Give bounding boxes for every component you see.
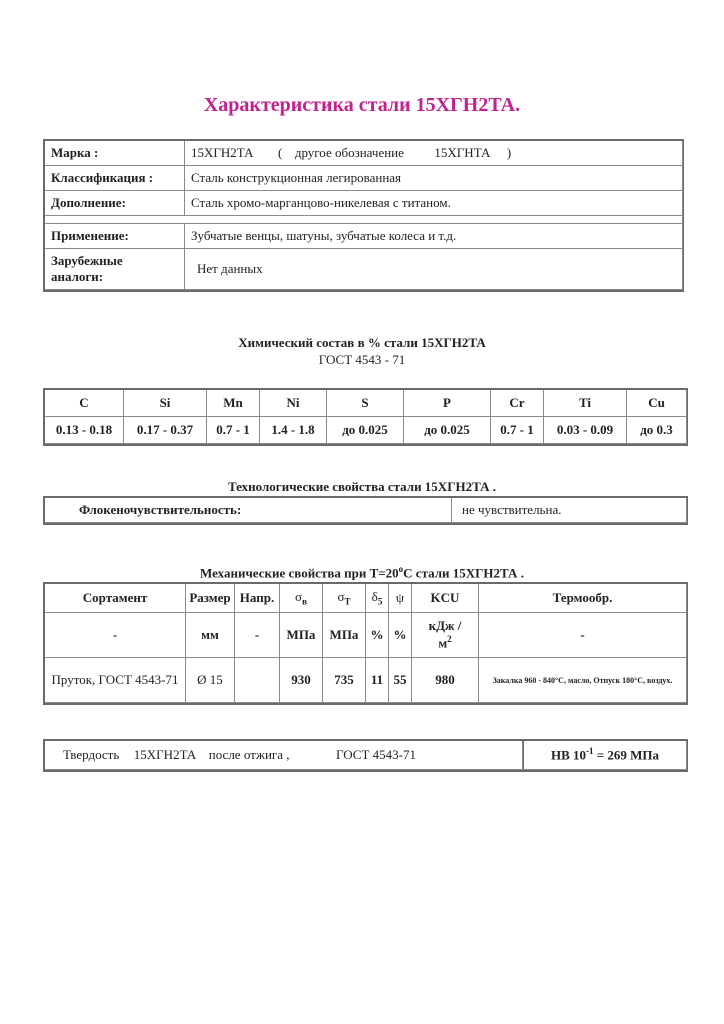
- info-row-grade: Марка : 15ХГН2ТА ( другое обозначение 15…: [45, 141, 683, 166]
- info-value-addition: Сталь хромо-марганцово-никелевая с титан…: [185, 191, 683, 216]
- mech-unit-delta5: %: [366, 613, 389, 658]
- mech-unit-heat-treatment: -: [479, 613, 687, 658]
- mech-unit-psi: %: [389, 613, 412, 658]
- mech-unit-kcu: кДж /м2: [412, 613, 479, 658]
- grade-note-open: (: [278, 145, 282, 160]
- mech-row-sigma-t: 735: [323, 658, 366, 703]
- mech-header-heat-treatment: Термообр.: [479, 584, 687, 613]
- technological-table: Флокеночувствительность: не чувствительн…: [43, 496, 688, 525]
- info-value-application: Зубчатые венцы, шатуны, зубчатые колеса …: [185, 224, 683, 249]
- mech-unit-sigma-b: МПа: [280, 613, 323, 658]
- chem-header-cu: Cu: [627, 390, 687, 417]
- chem-value-ti: 0.03 - 0.09: [544, 417, 627, 444]
- psi-symbol: ψ: [396, 590, 404, 605]
- info-label-application: Применение:: [45, 224, 185, 249]
- mechanical-data-row: Пруток, ГОСТ 4543-71 Ø 15 930 735 11 55 …: [45, 658, 687, 703]
- info-row-classification: Классификация : Сталь конструкционная ле…: [45, 166, 683, 191]
- kcu-unit-sup: 2: [447, 634, 452, 644]
- mechanical-table: Сортамент Размер Напр. σв σT δ5 ψ KCU Те…: [43, 582, 688, 705]
- mechanical-title: Механические свойства при Т=20oС стали 1…: [0, 564, 724, 581]
- mech-header-sortament: Сортамент: [45, 584, 186, 613]
- mechanical-header-row: Сортамент Размер Напр. σв σT δ5 ψ KCU Те…: [45, 584, 687, 613]
- mechanical-title-suffix: С стали 15ХГН2ТА .: [403, 565, 524, 580]
- technological-row: Флокеночувствительность: не чувствительн…: [45, 498, 687, 523]
- mech-row-sortament: Пруток, ГОСТ 4543-71: [45, 658, 186, 703]
- chem-header-ni: Ni: [260, 390, 327, 417]
- mech-header-sigma-b: σв: [280, 584, 323, 613]
- chem-header-si: Si: [124, 390, 207, 417]
- hardness-table: Твердость 15ХГН2ТА после отжига , ГОСТ 4…: [43, 739, 688, 772]
- chem-header-c: C: [45, 390, 124, 417]
- chem-value-cu: до 0.3: [627, 417, 687, 444]
- mech-unit-sortament: -: [45, 613, 186, 658]
- info-label-analogs: Зарубежные аналоги:: [45, 249, 185, 290]
- flake-sensitivity-label: Флокеночувствительность:: [45, 498, 452, 523]
- mech-header-psi: ψ: [389, 584, 412, 613]
- sigma-b-sub: в: [302, 597, 307, 607]
- mech-row-direction: [235, 658, 280, 703]
- mechanical-units-row: - мм - МПа МПа % % кДж /м2 -: [45, 613, 687, 658]
- grade-main: 15ХГН2ТА: [191, 145, 253, 160]
- mech-row-kcu: 980: [412, 658, 479, 703]
- kcu-unit-line2: м: [438, 636, 447, 651]
- flake-sensitivity-value: не чувствительна.: [452, 498, 687, 523]
- info-label-classification: Классификация :: [45, 166, 185, 191]
- info-row-addition: Дополнение: Сталь хромо-марганцово-никел…: [45, 191, 683, 216]
- page-title: Характеристика стали 15ХГН2ТА.: [0, 94, 724, 117]
- chem-header-ti: Ti: [544, 390, 627, 417]
- info-table: Марка : 15ХГН2ТА ( другое обозначение 15…: [43, 139, 684, 292]
- hardness-grade: 15ХГН2ТА: [134, 747, 196, 762]
- info-value-grade: 15ХГН2ТА ( другое обозначение 15ХГНТА ): [185, 141, 683, 166]
- grade-note-close: ): [507, 145, 511, 160]
- chem-header-mn: Mn: [207, 390, 260, 417]
- info-row-application: Применение: Зубчатые венцы, шатуны, зубч…: [45, 224, 683, 249]
- mech-row-delta5: 11: [366, 658, 389, 703]
- hardness-standard: ГОСТ 4543-71: [336, 747, 416, 762]
- mech-header-sigma-t: σT: [323, 584, 366, 613]
- chem-value-ni: 1.4 - 1.8: [260, 417, 327, 444]
- mech-row-sigma-b: 930: [280, 658, 323, 703]
- chem-header-p: P: [404, 390, 491, 417]
- technological-title: Технологические свойства стали 15ХГН2ТА …: [0, 479, 724, 495]
- info-label-grade: Марка :: [45, 141, 185, 166]
- info-spacer-row: [45, 216, 683, 224]
- sigma-t-sub: T: [345, 597, 351, 607]
- chem-value-s: до 0.025: [327, 417, 404, 444]
- chem-value-cr: 0.7 - 1: [491, 417, 544, 444]
- chem-value-p: до 0.025: [404, 417, 491, 444]
- sigma-symbol: σ: [337, 589, 344, 604]
- mech-header-delta5: δ5: [366, 584, 389, 613]
- mech-header-direction: Напр.: [235, 584, 280, 613]
- grade-alt: 15ХГНТА: [434, 145, 490, 160]
- chemical-title: Химический состав в % стали 15ХГН2ТА: [0, 335, 724, 351]
- info-label-addition: Дополнение:: [45, 191, 185, 216]
- mech-unit-direction: -: [235, 613, 280, 658]
- chemical-value-row: 0.13 - 0.18 0.17 - 0.37 0.7 - 1 1.4 - 1.…: [45, 417, 687, 444]
- kcu-unit-line1: кДж /: [429, 618, 462, 633]
- hardness-value-suffix: = 269 МПа: [597, 748, 659, 763]
- hardness-label: Твердость 15ХГН2ТА после отжига , ГОСТ 4…: [45, 741, 523, 770]
- hardness-value-prefix: HB 10: [551, 748, 586, 763]
- mech-header-size: Размер: [186, 584, 235, 613]
- delta5-sub: 5: [378, 597, 383, 607]
- chem-value-c: 0.13 - 0.18: [45, 417, 124, 444]
- mech-row-psi: 55: [389, 658, 412, 703]
- hardness-value: HB 10-1 = 269 МПа: [523, 741, 687, 770]
- chemical-table: C Si Mn Ni S P Cr Ti Cu 0.13 - 0.18 0.17…: [43, 388, 688, 446]
- mech-unit-sigma-t: МПа: [323, 613, 366, 658]
- chem-header-cr: Cr: [491, 390, 544, 417]
- hardness-prefix: Твердость: [63, 747, 119, 762]
- chem-value-si: 0.17 - 0.37: [124, 417, 207, 444]
- chemical-header-row: C Si Mn Ni S P Cr Ti Cu: [45, 390, 687, 417]
- mech-row-heat-treatment: Закалка 960 - 840°С, масло, Отпуск 180°С…: [479, 658, 687, 703]
- mechanical-title-prefix: Механические свойства при Т=20: [200, 565, 399, 580]
- info-row-analogs: Зарубежные аналоги: Нет данных: [45, 249, 683, 290]
- chemical-subtitle: ГОСТ 4543 - 71: [0, 352, 724, 368]
- chem-value-mn: 0.7 - 1: [207, 417, 260, 444]
- grade-note-label: другое обозначение: [295, 145, 404, 160]
- mech-row-size: Ø 15: [186, 658, 235, 703]
- info-spacer: [45, 216, 683, 224]
- info-value-analogs: Нет данных: [185, 249, 683, 290]
- info-value-classification: Сталь конструкционная легированная: [185, 166, 683, 191]
- chem-header-s: S: [327, 390, 404, 417]
- sigma-symbol: σ: [295, 589, 302, 604]
- hardness-condition: после отжига ,: [209, 747, 290, 762]
- hardness-row: Твердость 15ХГН2ТА после отжига , ГОСТ 4…: [45, 741, 687, 770]
- mech-unit-size: мм: [186, 613, 235, 658]
- hardness-value-sup: -1: [586, 746, 594, 756]
- mech-header-kcu: KCU: [412, 584, 479, 613]
